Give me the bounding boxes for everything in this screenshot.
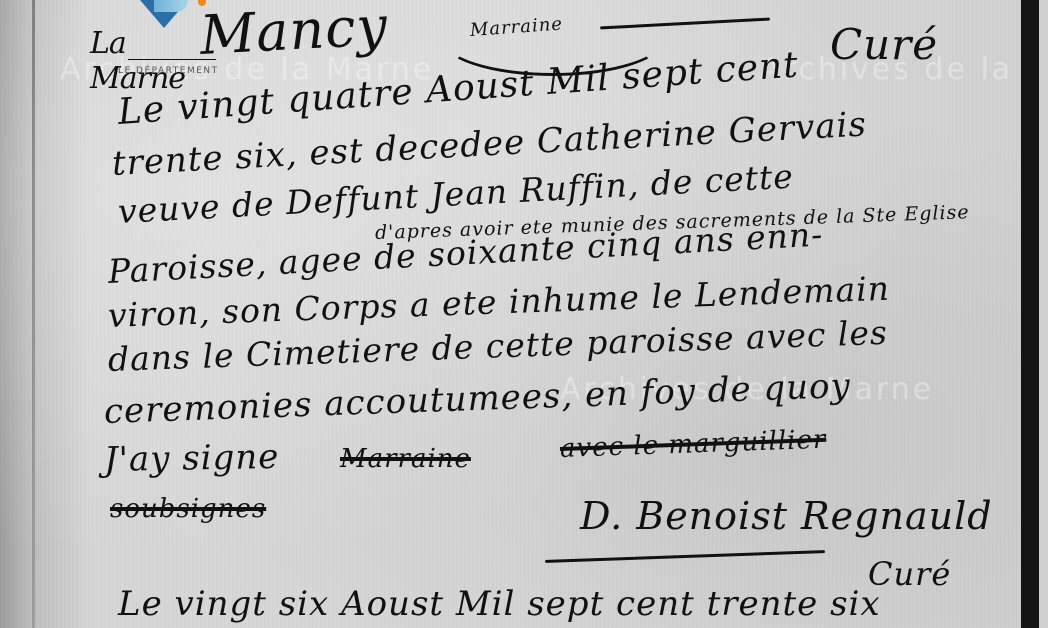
next-entry-line: Le vingt six Aoust Mil sept cent trente … <box>118 584 881 624</box>
record-line-8: J'ay signe <box>104 437 280 480</box>
signature-rule <box>545 550 825 563</box>
document-scan: Archives de la Marne Archives de la Marn… <box>0 0 1048 628</box>
record-line-7: ceremonies accoutumees, en foy de quoy <box>103 366 851 432</box>
struck-word: avec le marguillier <box>559 425 826 464</box>
struck-word: soubsignes <box>110 494 266 524</box>
adjacent-page-edge <box>1039 0 1048 628</box>
struck-word: Marraine <box>340 444 471 474</box>
binding-edge <box>1021 0 1039 628</box>
logo-subline: LE DÉPARTEMENT <box>118 66 219 76</box>
logo-wordmark: La Marne <box>90 26 228 96</box>
signature-name: D. Benoist Regnauld <box>580 494 993 538</box>
signature-title-top: Curé <box>830 20 938 69</box>
la-marne-logo: La Marne LE DÉPARTEMENT <box>88 0 228 82</box>
page-gutter <box>32 0 35 628</box>
logo-dot-icon <box>198 0 206 6</box>
logo-underline <box>128 59 216 60</box>
